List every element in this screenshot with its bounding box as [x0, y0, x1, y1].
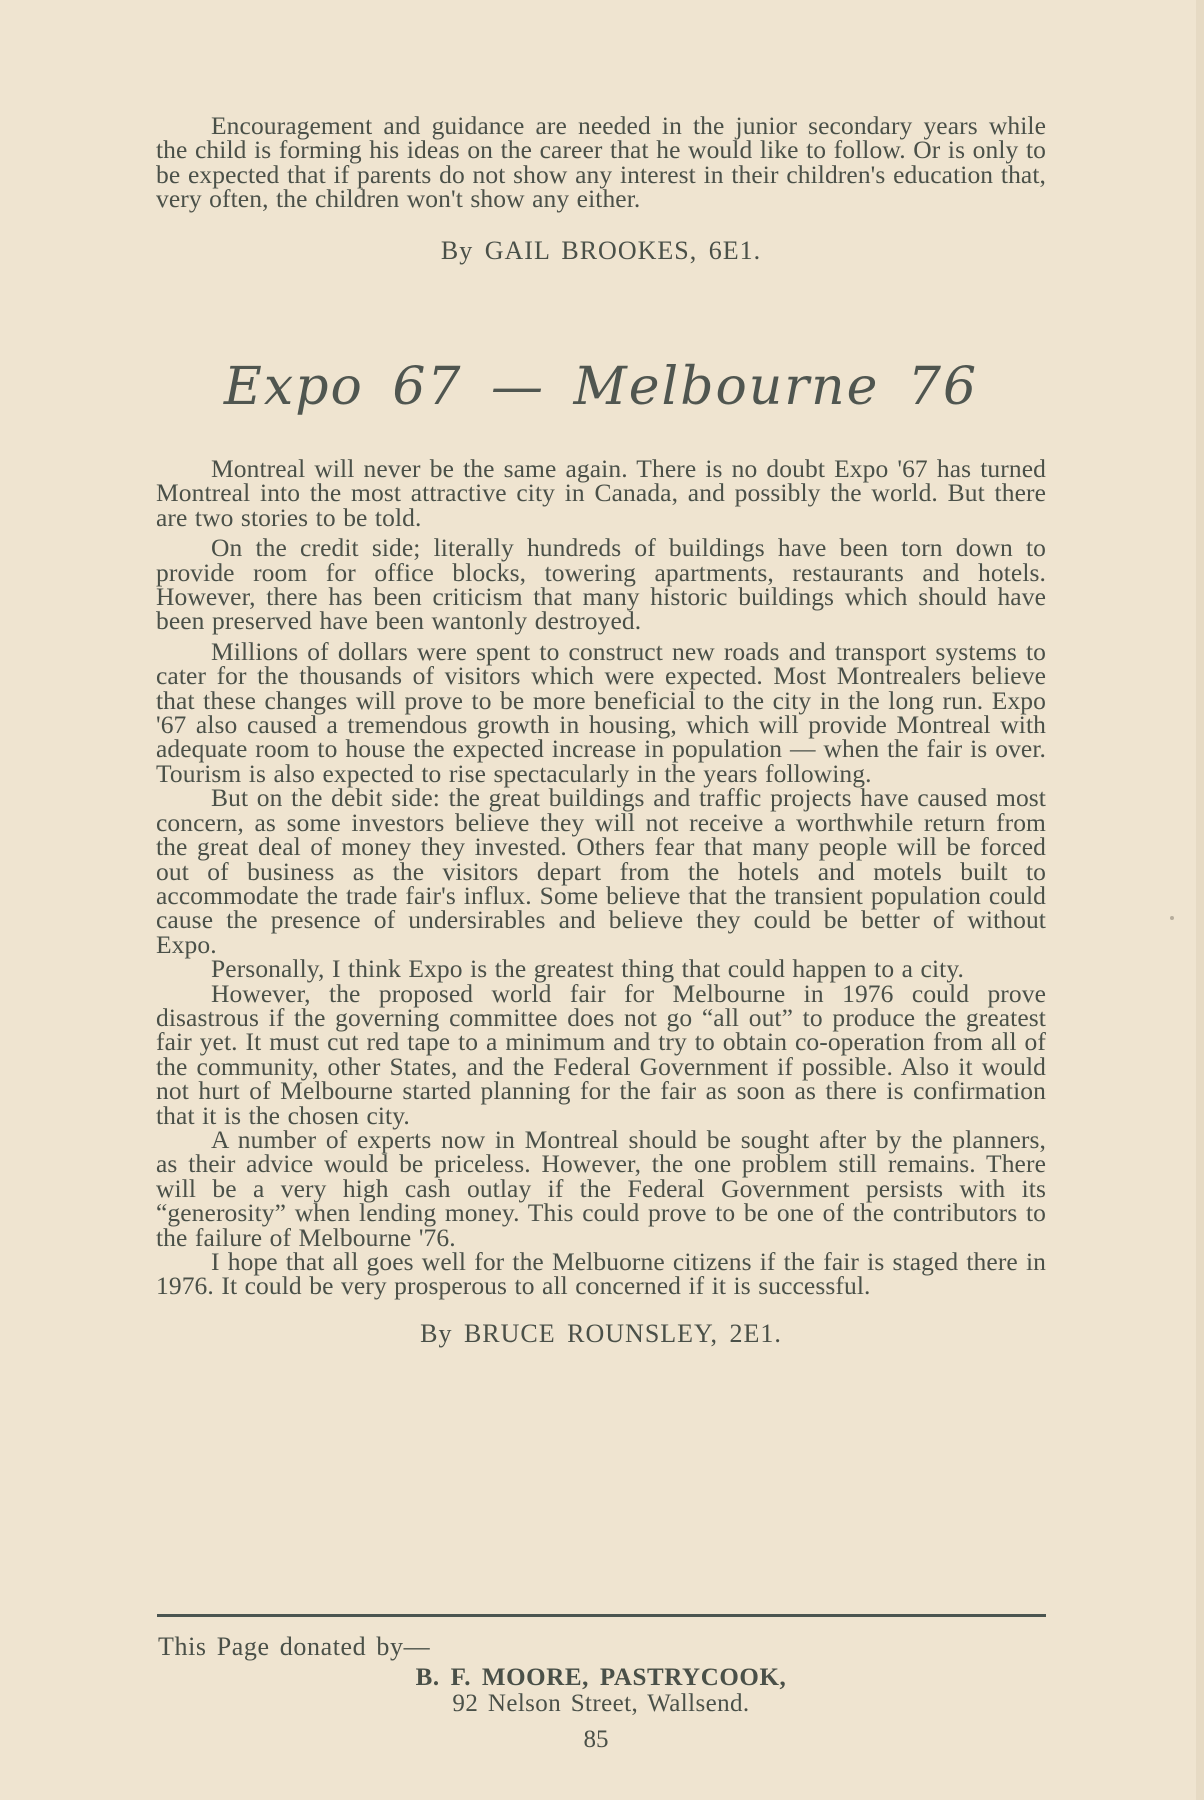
page-edge: [1196, 0, 1204, 1800]
article-paragraph-1: Montreal will never be the same again. T…: [156, 457, 1046, 530]
article-byline: By BRUCE ROUNSLEY, 2E1.: [156, 1319, 1046, 1349]
page-number: 85: [560, 1726, 632, 1754]
donated-label: This Page donated by—: [158, 1632, 430, 1662]
article-paragraph-5: Personally, I think Expo is the greatest…: [156, 957, 1046, 981]
article-title: Expo 67 — Melbourne 76: [156, 352, 1046, 422]
article-paragraph-6: However, the proposed world fair for Mel…: [156, 982, 1046, 1128]
previous-article-paragraph: Encouragement and guidance are needed in…: [156, 114, 1046, 212]
article-paragraph-7: A number of experts now in Montreal shou…: [156, 1128, 1046, 1250]
sponsor-block: B. F. MOORE, PASTRYCOOK, 92 Nelson Stree…: [156, 1665, 1046, 1717]
article-paragraph-3: Millions of dollars were spent to constr…: [156, 640, 1046, 786]
print-speck: [1170, 916, 1174, 920]
previous-article: Encouragement and guidance are needed in…: [156, 114, 1046, 266]
article-body: Montreal will never be the same again. T…: [156, 457, 1046, 1349]
footer-divider: [157, 1614, 1046, 1617]
previous-article-byline: By GAIL BROOKES, 6E1.: [156, 236, 1046, 266]
article-paragraph-4: But on the debit side: the great buildin…: [156, 786, 1046, 957]
article-paragraph-2: On the credit side; literally hundreds o…: [156, 536, 1046, 634]
article-paragraph-8: I hope that all goes well for the Melbuo…: [156, 1250, 1046, 1299]
sponsor-address: 92 Nelson Street, Wallsend.: [156, 1691, 1046, 1717]
sponsor-name: B. F. MOORE, PASTRYCOOK,: [156, 1665, 1046, 1691]
